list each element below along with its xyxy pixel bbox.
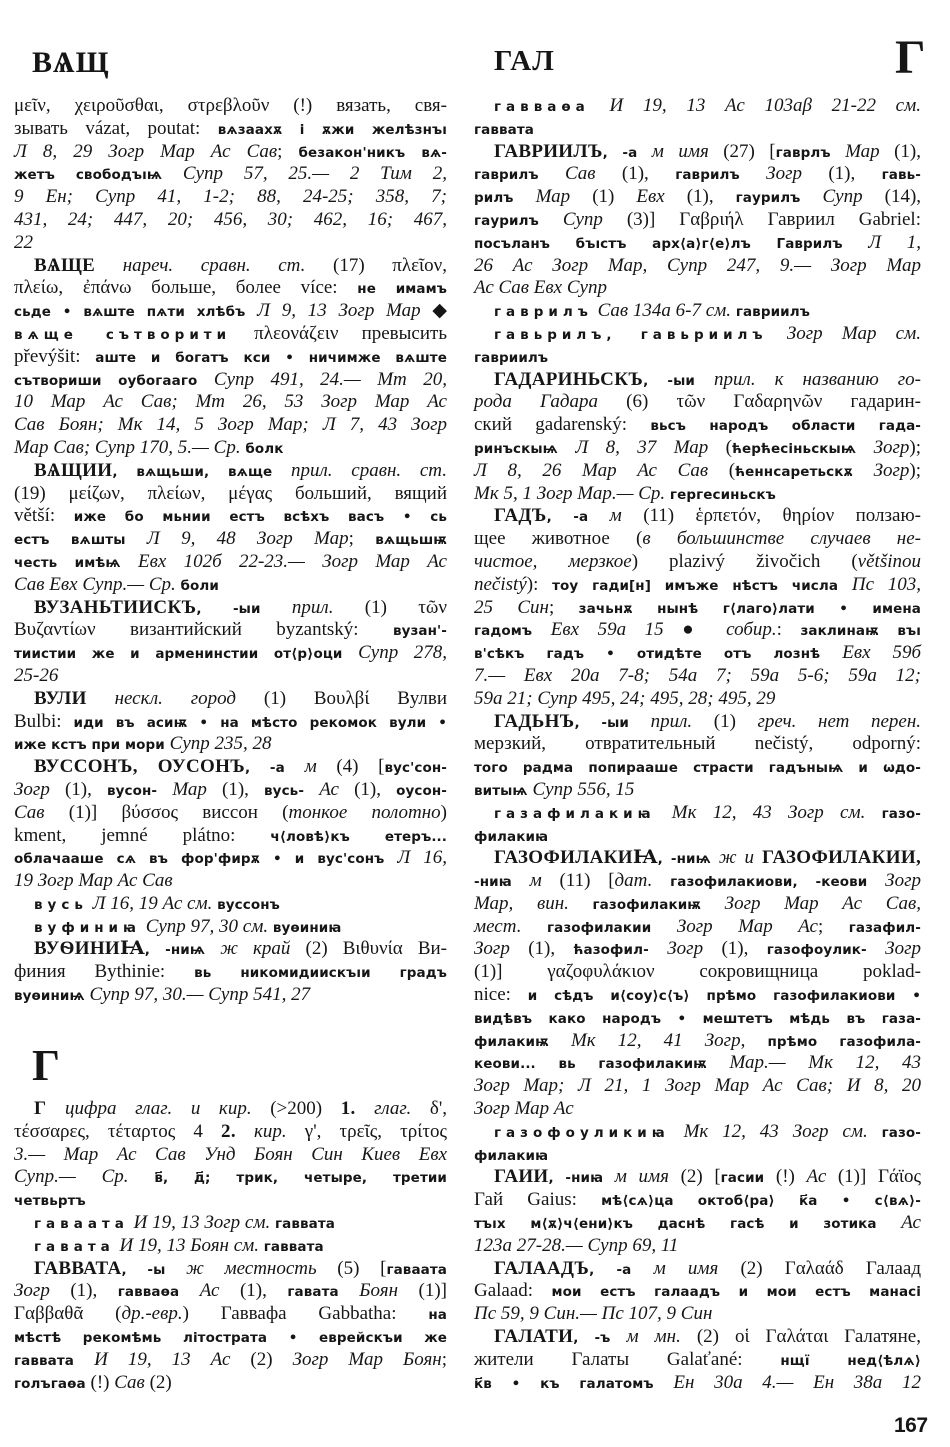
gloss-text: γ', τρεῖς, τρίτος [305, 1121, 447, 1142]
text-line: 26 Ас Зогр Мар, Супр 247, 9.— Зогр Мар [474, 255, 921, 278]
gloss-text: (1), [354, 779, 396, 800]
slavonic-text: и сѣдъ и⟨соу⟩с⟨ъ⟩ прѣмо газофилакиови • [528, 988, 921, 1004]
slavonic-text: , -а [603, 145, 652, 161]
slavonic-text: вузан'- [393, 623, 447, 639]
right-column-entries: гавваѳа И 19, 13 Ас 103аβ 21-22 см.гавва… [474, 95, 921, 1394]
reference-text: Сав Евх Супр.— Ср. [14, 574, 181, 595]
reference-text: 22 [14, 232, 33, 253]
reference-text: греч. нет перен. [758, 711, 921, 732]
slavonic-text: гергесиньскъ [670, 487, 776, 503]
slavonic-subentry: газафилакиꙗ [494, 806, 656, 822]
reference-text: прил. [651, 711, 714, 732]
gloss-text: (27) [ [723, 141, 775, 162]
slavonic-text: мѣ⟨сѧ⟩ца октоб⟨ра⟩ к҃а • с⟨вѧ⟩- [601, 1193, 921, 1209]
slavonic-text: гаввата [14, 1353, 94, 1369]
text-line: ГАДЪ, -а м (11) ἑρπετόν, θηρίον ползаю- [474, 505, 921, 528]
reference-text: 9 Ен; Супр 41, 1-2; 88, 24-25; 358, 7; [14, 186, 447, 207]
text-line: филакиꙗ [474, 825, 921, 848]
slavonic-text: прѣмо газофила- [767, 1034, 921, 1050]
reference-text: м имя [652, 141, 723, 162]
text-line: вѧще сътворити πλεονάζειν превысить [14, 323, 447, 346]
text-line: финия Bythinie: вь никомидиискъıи градъ [14, 961, 447, 984]
gloss-text: , [741, 1030, 768, 1051]
reference-text: Сав Боян; Мк 14, 5 Зогр Мар; Л 7, 43 Зог… [14, 414, 447, 435]
gloss-text: финия Bythinie: [14, 961, 194, 982]
slavonic-text: на [428, 1307, 447, 1323]
text-line: větší: иже бо мьнии естъ всѣхъ васъ • сь [14, 505, 447, 528]
reference-text: Зогр Мар Ас [474, 1098, 574, 1119]
gloss-text: Βυζαντίων византийский byzantský: [14, 619, 393, 640]
text-line: -ниꙗ м (11) [дат. газофилакиови, -кеови … [474, 870, 921, 893]
slavonic-text: вус'сон- [385, 760, 448, 776]
text-line: газафилакиꙗ Мк 12, 43 Зогр см. газо- [474, 802, 921, 825]
gloss-text: (19) μείζων, πλείων, μέγας больший, вящи… [14, 483, 447, 504]
slavonic-text: рилъ [474, 190, 536, 206]
slavonic-text: честь имѣѩ [14, 555, 138, 571]
reference-text: И 19, 13 Боян см. [115, 1235, 264, 1256]
gloss-text: (2) [150, 1372, 172, 1393]
text-line: гавьрилъ, гавьриилъ Зогр Мар см. [474, 323, 921, 346]
headword: ГАЗОФИЛАКИꙖ [494, 847, 658, 868]
gloss-text: мерзкий, отвратительный nečistý, odporný… [474, 733, 921, 754]
reference-text: 26 Ас Зогр Мар, Супр 247, 9.— Зогр Мар [474, 255, 921, 276]
gloss-text: ; [818, 916, 849, 937]
reference-text: Ас [200, 1280, 240, 1301]
gloss-text: (14), [885, 186, 921, 207]
reference-text: прил. сравн. ст. [291, 460, 447, 481]
text-line: ГАЗОФИЛАКИꙖ, -ниѩ ж и ГАЗОФИЛАКИИ, [474, 847, 921, 870]
reference-text: Зогр [874, 437, 910, 458]
slavonic-text: гаввата [264, 1239, 324, 1255]
slavonic-text: витыѩ [474, 783, 532, 799]
reference-text: Евх [636, 186, 686, 207]
slavonic-text: вь никомидиискъıи градъ [194, 965, 447, 981]
text-line: 10 Мар Ас Сав; Мт 26, 53 Зогр Мар Ас [14, 391, 447, 414]
text-line: кеови... вь газофилакиѭ Мар.— Мк 12, 43 [474, 1052, 921, 1075]
gloss-text: ): [527, 574, 552, 595]
gloss-text: : [777, 619, 801, 640]
reference-text: Л 16, 19 Ас см. [88, 893, 217, 914]
gloss-text: (1)] βύσσος виссон ( [69, 802, 289, 823]
text-line: 9 Ен; Супр 41, 1-2; 88, 24-25; 358, 7; [14, 186, 447, 209]
gloss-text: ● [682, 619, 726, 640]
reference-text: Л 8, 37 Мар [575, 437, 725, 458]
text-line: ВѦЩИИ, вѧщьши, вѧще прил. сравн. ст. [14, 460, 447, 483]
text-line: 19 Зогр Мар Ас Сав [14, 870, 447, 893]
text-line: рилъ Мар (1) Евх (1), гаурилъ Супр (14), [474, 186, 921, 209]
text-line: того радма попирааше страсти гадъныѩ и ѡ… [474, 756, 921, 779]
text-line: в'сѣкъ гадъ • отидѣте отъ лознѣ Евх 59б [474, 642, 921, 665]
left-column-entries-after-heading: Г цифра глаг. и кир. (>200) 1. глаг. δ',… [14, 1098, 447, 1394]
reference-text: м [530, 870, 560, 891]
headword: ГАИИ [494, 1166, 549, 1187]
headword: 2. [221, 1121, 236, 1142]
slavonic-text: ћазофил- [574, 942, 668, 958]
gloss-text: (6) τῶν Γαδαρηνῶν гадарин- [626, 391, 921, 412]
slavonic-text: мѣстѣ рекомѣмь літострата • еврейскъи же [14, 1330, 447, 1346]
text-line: 25-26 [14, 665, 447, 688]
slavonic-text: -ниꙗ [474, 874, 530, 890]
headword: ВУЗАНЬТИИСКЪ [34, 597, 196, 618]
reference-text: м [610, 505, 644, 526]
slavonic-text: филакиѭ [474, 1034, 571, 1050]
slavonic-text: кеови... вь газофилакиѭ [474, 1056, 730, 1072]
text-line: Супр.— Ср. в҃, д҃; трик, четыре, третии [14, 1166, 447, 1189]
reference-text: Зогр [874, 460, 910, 481]
reference-text: м мн. [626, 1326, 696, 1347]
gloss-text: ) [441, 802, 447, 823]
slavonic-text: ћеннсаретьскѫ [735, 464, 873, 480]
slavonic-text: , -ыи [196, 601, 292, 617]
gloss-text: жители Галаты Galaťané: [474, 1349, 780, 1370]
text-line: τέσσαρες, τέταρτος 4 2. кир. γ', τρεῖς, … [14, 1121, 447, 1144]
slavonic-text: вѧзаахѫ і ѫжи желѣзнъı [218, 122, 447, 138]
text-line: к҃в • къ галатомъ Ен 30а 4.— Ен 38а 12 [474, 1372, 921, 1395]
text-line: 59а 21; Супр 495, 24; 495, 28; 495, 29 [474, 688, 921, 711]
text-line: 123а 27-28.— Супр 69, 11 [474, 1235, 921, 1258]
reference-text: Зогр [14, 779, 65, 800]
slavonic-text: гаврилъ [675, 167, 766, 183]
reference-text: Л 8, 26 Мар Ас Сав [474, 460, 729, 481]
reference-text: Мар [845, 141, 894, 162]
gloss-text: ; [349, 528, 376, 549]
slavonic-text: гаурилъ [474, 213, 563, 229]
gloss-text: (1), [687, 186, 736, 207]
headword: ВУѲИНИꙖ [34, 938, 145, 959]
gloss-text: (2) οἱ Γαλάται Галатяне, [697, 1326, 921, 1347]
text-line: вуѳиниѩ Супр 97, 30.— Супр 541, 27 [14, 984, 447, 1007]
text-line: Г цифра глаг. и кир. (>200) 1. глаг. δ', [14, 1098, 447, 1121]
text-line: гадомъ Евх 59а 15 ● собир.: заклинаѭ въı [474, 619, 921, 642]
gloss-text: πλείω, ἐπάνω больше, более více: [14, 277, 357, 298]
text-line: гаввата [474, 118, 921, 141]
slavonic-text: безакон'никъ вѧ- [298, 145, 447, 161]
gloss-text: ); [909, 437, 921, 458]
slavonic-text: не имамъ [357, 281, 447, 297]
headword: ГАДЪ [494, 505, 547, 526]
gloss-text: větší: [14, 505, 74, 526]
text-line: (19) μείζων, πλείων, μέγας больший, вящи… [14, 483, 447, 506]
slavonic-text: вусон- [107, 783, 172, 799]
slavonic-text: в'сѣкъ гадъ • отидѣте отъ лознѣ [474, 646, 842, 662]
gloss-text: (11) [ [559, 870, 614, 891]
gloss-text: (2) [ [681, 1166, 721, 1187]
slavonic-text: гавата [287, 1284, 359, 1300]
text-line: ринъскыѩ Л 8, 37 Мар (ћерћесіньскыѩ Зогр… [474, 437, 921, 460]
reference-text: Зогр Мар см. [768, 323, 921, 344]
gloss-text: (1), [828, 163, 881, 184]
slavonic-text: гаввата [474, 122, 534, 138]
reference-text: Пс 59, 9 Син.— Пс 107, 9 Син [474, 1303, 712, 1324]
gloss-text: ; [442, 1349, 447, 1370]
gloss-text: (2) Γαλαάδ Галаад [740, 1258, 921, 1279]
slavonic-text: к҃в • къ галатомъ [474, 1376, 673, 1392]
gloss-text: (1) Βουλβί Вулви [264, 688, 447, 709]
slavonic-text: гавваѳа [118, 1284, 200, 1300]
text-line: газофоуликиꙗ Мк 12, 43 Зогр см. газо- [474, 1121, 921, 1144]
reference-text: Супр 556, 15 [532, 779, 634, 800]
text-line: филакиѭ Мк 12, 41 Зогр, прѣмо газофила- [474, 1030, 921, 1053]
reference-text: кир. [236, 1121, 305, 1142]
slavonic-text: вуѳиниꙗ [273, 920, 342, 936]
reference-text: И 19, 13 Зогр см. [129, 1212, 275, 1233]
text-line: иже кстъ при мори Супр 235, 28 [14, 733, 447, 756]
reference-text: Мк 12, 43 Зогр см. [670, 1121, 882, 1142]
text-line: nice: и сѣдъ и⟨соу⟩с⟨ъ⟩ прѣмо газофилаки… [474, 984, 921, 1007]
slavonic-text: ч⟨ловѣ⟩къ етеръ... [270, 829, 447, 845]
text-line: nečistý): тоу гади[н] имъже нѣстъ числа … [474, 574, 921, 597]
reference-text: 10 Мар Ас Сав; Мт 26, 53 Зогр Мар Ас [14, 391, 447, 412]
text-line: тиистии же и арменинстии от⟨р⟩оци Супр 2… [14, 642, 447, 665]
text-line: Сав Евх Супр.— Ср. боли [14, 574, 447, 597]
text-line: Гай Gaius: мѣ⟨сѧ⟩ца октоб⟨ра⟩ к҃а • с⟨вѧ… [474, 1189, 921, 1212]
slavonic-text: болк [245, 441, 283, 457]
slavonic-text: , -ыи [575, 715, 651, 731]
reference-text: 19 Зогр Мар Ас Сав [14, 870, 173, 891]
slavonic-text: сътвориши оубогааго [14, 373, 214, 389]
gloss-text: ; [549, 597, 579, 618]
slavonic-text: гаврилъ [474, 167, 565, 183]
reference-text: собир. [726, 619, 777, 640]
slavonic-text: тъıх м⟨ѫ⟩ч⟨ени⟩къ даснѣ гасѣ и зотика [474, 1216, 901, 1232]
gloss-text: (11) ἑρπετόν, θηρίον ползаю- [643, 505, 921, 526]
text-line: Сав (1)] βύσσος виссон (тонкое полотно) [14, 802, 447, 825]
text-line: тъıх м⟨ѫ⟩ч⟨ени⟩къ даснѣ гасѣ и зотика Ас [474, 1212, 921, 1235]
gloss-text: Гай Gaius: [474, 1189, 601, 1210]
text-line: Зогр (1), вусон- Мар (1), вусь- Ас (1), … [14, 779, 447, 802]
gloss-text: μεῖν, χειροῦσθαι, στρεβλοῦν (!) вязать, … [14, 95, 447, 116]
text-line: πλείω, ἐπάνω больше, более více: не имам… [14, 277, 447, 300]
text-line: Пс 59, 9 Син.— Пс 107, 9 Син [474, 1303, 921, 1326]
text-line: вуфиниꙗ Супр 97, 30 см. вуѳиниꙗ [14, 916, 447, 939]
slavonic-text: гаврлъ [776, 145, 845, 161]
slavonic-text: боли [181, 578, 219, 594]
text-line: Мар, вин. газофилакиѭ Зогр Мар Ас Сав, [474, 893, 921, 916]
reference-text: Пс 103, [852, 574, 921, 595]
slavonic-subentry: газофоуликиꙗ [494, 1125, 670, 1141]
slavonic-text: , -а [245, 760, 305, 776]
reference-text: Зогр Мар; Л 21, 1 Зогр Мар Ас Сав; И 8, … [474, 1075, 921, 1096]
slavonic-text: в҃, д҃; трик, четыре, третии [154, 1170, 447, 1186]
slavonic-text: четвьртъ [14, 1193, 86, 1209]
gloss-text: (17) πλεῖον, [333, 255, 447, 276]
slavonic-text: гаурилъ [736, 190, 823, 206]
slavonic-text: , -а [547, 509, 610, 525]
reference-text: Ас [319, 779, 354, 800]
gloss-text: (1), [528, 938, 573, 959]
headword: Г [34, 1098, 46, 1119]
text-line: ГАИИ, -ниꙗ м имя (2) [гасии (!) Ас (1)] … [474, 1166, 921, 1189]
text-line: (1)] γαζοφυλάκιον сокровищница poklad- [474, 961, 921, 984]
reference-text: рода Гадара [474, 391, 626, 412]
slavonic-text: посъланъ бъıстъ арх⟨а⟩г⟨е⟩лъ Гаврилъ [474, 236, 868, 252]
reference-text: Зогр [474, 938, 528, 959]
slavonic-subentry: вѧще сътворити [14, 327, 231, 343]
text-line: Зогр (1), ћазофил- Зогр (1), газофоулик-… [474, 938, 921, 961]
reference-text: тонкое полотно [289, 802, 441, 823]
text-line: честь имѣѩ Евх 102б 22-23.— Зогр Мар Ас [14, 551, 447, 574]
reference-text: Л 9, 48 Зогр Мар [147, 528, 349, 549]
headword: 1. [341, 1098, 356, 1119]
reference-text: Супр 97, 30 см. [141, 916, 273, 937]
gloss-text: (2) [250, 1349, 292, 1370]
text-line: облачааше сѧ въ фор'фирѫ • и вус'сонъ Л … [14, 847, 447, 870]
reference-text: др.-евр. [121, 1303, 182, 1324]
text-line: вусь Л 16, 19 Ас см. вуссонъ [14, 893, 447, 916]
reference-text: Зогр [885, 938, 921, 959]
reference-text: Мар Сав; Супр 170, 5.— Ср. [14, 437, 245, 458]
gloss-text: (3)] Γαβριήλ Гавриил Gabriel: [627, 209, 921, 230]
text-line: чистое, мерзкое) plazivý živočich (větši… [474, 551, 921, 574]
text-line: рода Гадара (6) τῶν Γαδαρηνῶν гадарин- [474, 391, 921, 414]
reference-text: И 19, 13 Ас 103аβ 21-22 см. [590, 95, 921, 116]
slavonic-text: газафил- [849, 920, 921, 936]
reference-text: Мар [172, 779, 222, 800]
slavonic-text: , -ниѩ [145, 942, 220, 958]
slavonic-text: ринъскыѩ [474, 441, 575, 457]
headword: ВѦЩЕ [34, 255, 95, 276]
text-line: четвьртъ [14, 1189, 447, 1212]
gloss-text: ский gadarenský: [474, 414, 650, 435]
text-line: зывать vázat, poutat: вѧзаахѫ і ѫжи желѣ… [14, 118, 447, 141]
slavonic-text: газофилакии [547, 920, 677, 936]
reference-text: Евх 59б [842, 642, 921, 663]
reference-text: И 19, 13 Ас [94, 1349, 250, 1370]
slavonic-text: облачааше сѧ въ фор'фирѫ • и вус'сонъ [14, 851, 397, 867]
slavonic-text: , -ниꙗ [549, 1170, 615, 1186]
slavonic-text: мои естъ галаадъ и мои естъ манасі [552, 1284, 921, 1300]
reference-text: Сав [14, 802, 69, 823]
gloss-text: щее животное ( [474, 528, 642, 549]
reference-text: в большинстве случаев не- [642, 528, 921, 549]
gloss-text: (5) [ [337, 1258, 386, 1279]
slavonic-text: вуѳиниѩ [14, 988, 90, 1004]
gloss-text: Galaad: [474, 1280, 552, 1301]
text-line: ГАВРИИЛЪ, -а м имя (27) [гаврлъ Мар (1), [474, 141, 921, 164]
reference-text: Супр 278, [358, 642, 447, 663]
text-line: ГАДАРИНЬСКЪ, -ыи прил. к названию го- [474, 369, 921, 392]
text-line: Мк 5, 1 Зогр Мар.— Ср. гергесиньскъ [474, 483, 921, 506]
gloss-text: (4) [ [336, 756, 384, 777]
slavonic-text: газофилакиѭ [593, 897, 725, 913]
text-line: гаурилъ Супр (3)] Γαβριήλ Гавриил Gabrie… [474, 209, 921, 232]
reference-text: м имя [654, 1258, 741, 1279]
slavonic-subentry: гавваѳа [494, 99, 590, 115]
text-line: естъ вѧшты Л 9, 48 Зогр Мар; вѧщьшѭ [14, 528, 447, 551]
slavonic-text: вуссонъ [217, 897, 280, 913]
headword: ГАВРИИЛЪ [494, 141, 603, 162]
text-line: ГАВВАТА, -ы ж местность (5) [гаваата [14, 1258, 447, 1281]
gloss-text: (1)] Γάϊος [838, 1166, 921, 1187]
reference-text: Л 8, 29 Зогр Мар Ас Сав [14, 141, 277, 162]
text-line: гавваѳа И 19, 13 Ас 103аβ 21-22 см. [474, 95, 921, 118]
gloss-text: (1), [65, 779, 107, 800]
reference-text: ж край [220, 938, 305, 959]
slavonic-text: видѣвъ како народъ • мештетъ мѣдь въ газ… [474, 1011, 921, 1027]
reference-text: глаг. [356, 1098, 430, 1119]
slavonic-text: , -ъ [573, 1330, 626, 1346]
reference-text: Зогр [885, 870, 921, 891]
text-line: гаваата И 19, 13 Зогр см. гаввата [14, 1212, 447, 1235]
reference-text: Зогр Мар Ас Сав, [725, 893, 921, 914]
reference-text: Мар.— Мк 12, 43 [730, 1052, 922, 1073]
headword: ГАДАРИНЬСКЪ [494, 369, 643, 390]
slavonic-text: гавриилъ [474, 350, 548, 366]
gloss-text: δ', [430, 1098, 447, 1119]
text-line: гавриилъ [474, 346, 921, 369]
text-line: Зогр (1), гавваѳа Ас (1), гавата Боян (1… [14, 1280, 447, 1303]
slavonic-text: , -а [589, 1262, 654, 1278]
reference-text: 3.— Мар Ас Сав Унд Боян Син Киев Евх [14, 1144, 447, 1165]
text-line: Л 8, 26 Мар Ас Сав (ћеннсаретьскѫ Зогр); [474, 460, 921, 483]
text-line: 25 Син; зачьнѫ нынѣ г⟨лаго⟩лати • имена [474, 597, 921, 620]
reference-text: 123а 27-28.— Супр 69, 11 [474, 1235, 678, 1256]
text-line: жители Галаты Galaťané: нщї нед⟨ѣлѧ⟩ [474, 1349, 921, 1372]
text-line: ВУССОНЪ, ОУСОНЪ, -а м (4) [вус'сон- [14, 756, 447, 779]
slavonic-text: гасии [721, 1170, 776, 1186]
slavonic-text: , -ниѩ [658, 851, 719, 867]
gloss-text: ) plazivý živočich ( [632, 551, 858, 572]
gloss-text: (1) τῶν [365, 597, 447, 618]
gloss-text: (1), [70, 1280, 117, 1301]
slavonic-text: аште и богатъ кси • ничимже вѧште [95, 350, 447, 366]
text-line: сьде • вѧште пѧти хлѣбъ Л 9, 13 Зогр Мар… [14, 300, 447, 323]
slavonic-text: тоу гади[н] имъже нѣстъ числа [552, 578, 852, 594]
text-line: гаврилъ Сав (1), гаврилъ Зогр (1), гавь- [474, 163, 921, 186]
reference-text: Л 9, 13 Зогр Мар [257, 300, 432, 321]
slavonic-text: , -ы [122, 1262, 187, 1278]
slavonic-text: гаваата [386, 1262, 447, 1278]
text-line: μεῖν, χειροῦσθαι, στρεβλοῦν (!) вязать, … [14, 95, 447, 118]
reference-text: Евх 59а 15 [551, 619, 683, 640]
reference-text: Мар, вин. [474, 893, 593, 914]
text-line: ский gadarenský: вьсъ народъ области гад… [474, 414, 921, 437]
text-line: витыѩ Супр 556, 15 [474, 779, 921, 802]
text-line: kment, jemné plátno: ч⟨ловѣ⟩къ етеръ... [14, 825, 447, 848]
slavonic-text: нщї нед⟨ѣлѧ⟩ [780, 1353, 921, 1369]
headword: ГАЛААДЪ [494, 1258, 589, 1279]
page-number: 167 [894, 1414, 928, 1438]
gloss-text: зывать vázat, poutat: [14, 118, 218, 139]
slavonic-text: естъ вѧшты [14, 532, 147, 548]
slavonic-text: вьсъ народъ области гада- [650, 418, 921, 434]
text-line: Bulbi: иди въ асиѭ • на мѣсто рекомок ву… [14, 711, 447, 734]
gloss-text: ; [277, 141, 298, 162]
slavonic-text: сьде • вѧште пѧти хлѣбъ [14, 304, 257, 320]
text-line: мест. газофилакии Зогр Мар Ас; газафил- [474, 916, 921, 939]
reference-text: м [305, 756, 337, 777]
text-line: филакиꙗ [474, 1144, 921, 1167]
slavonic-text: ћерћесіньскыѩ [732, 441, 874, 457]
slavonic-text: газо- [882, 1125, 921, 1141]
text-line: посъланъ бъıстъ арх⟨а⟩г⟨е⟩лъ Гаврилъ Л 1… [474, 232, 921, 255]
text-line: жетъ свободъıѩ Супр 57, 25.— 2 Тим 2, [14, 163, 447, 186]
slavonic-text: гавь- [882, 167, 921, 183]
reference-text: мест. [474, 916, 547, 937]
text-line: гавата И 19, 13 Боян см. гаввата [14, 1235, 447, 1258]
gloss-text: nice: [474, 984, 528, 1005]
reference-text: ж местность [186, 1258, 337, 1279]
reference-text: цифра глаг. и кир. [46, 1098, 270, 1119]
text-line: ГАЛААДЪ, -а м имя (2) Γαλαάδ Галаад [474, 1258, 921, 1281]
slavonic-text: , вѧщьши, вѧще [112, 464, 291, 480]
slavonic-text: того радма попирааше страсти гадъныѩ и ѡ… [474, 760, 921, 776]
reference-text: většinou [858, 551, 921, 572]
text-line: ВѦЩЕ нареч. сравн. ст. (17) πλεῖον, [14, 255, 447, 278]
reference-text: Ен 30а 4.— Ен 38а 12 [673, 1372, 921, 1393]
slavonic-text: гаввата [275, 1216, 335, 1232]
slavonic-text: газофилакиови, -кеови [670, 874, 885, 890]
